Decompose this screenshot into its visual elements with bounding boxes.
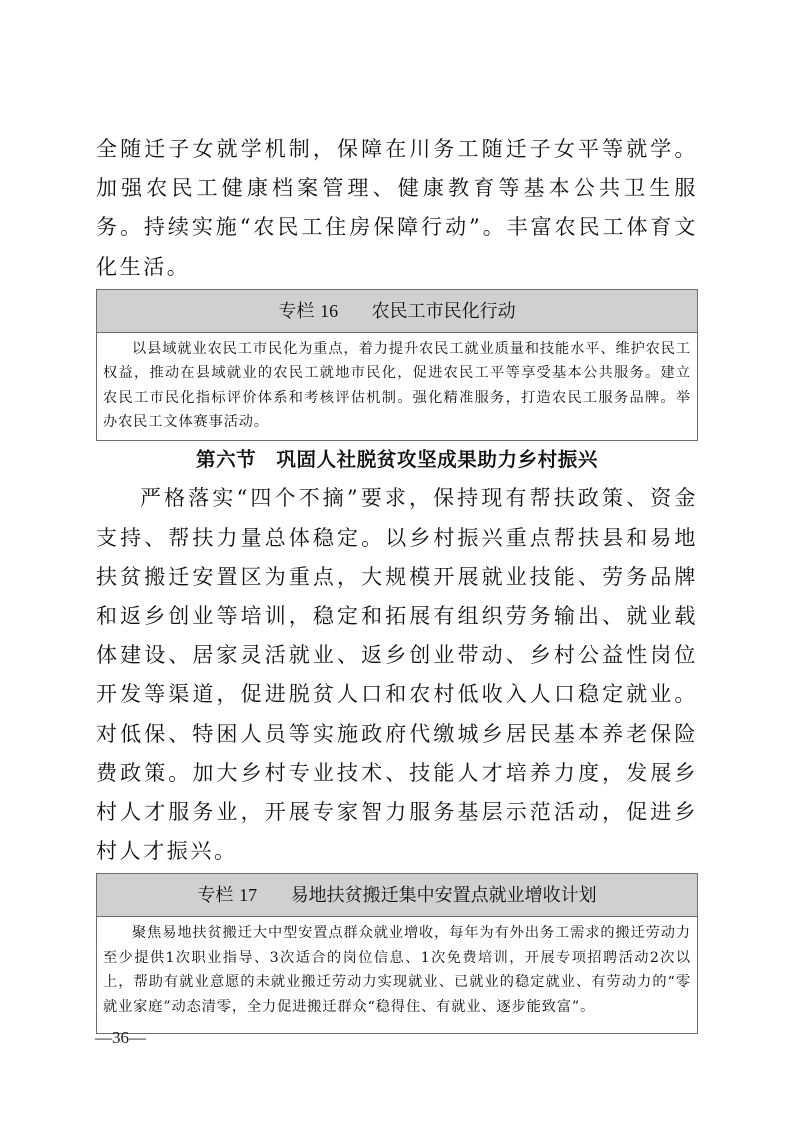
section-title: 第六节 巩固人社脱贫攻坚成果助力乡村振兴	[96, 441, 698, 479]
page-number: —36—	[95, 1028, 146, 1048]
column-number: 16	[320, 301, 338, 321]
body-paragraph-continued: 全随迁子女就学机制，保障在川务工随迁子女平等就学。加强农民工健康档案管理、健康教…	[96, 130, 698, 287]
column-box-16-header: 专栏 16 农民工市民化行动	[97, 290, 697, 333]
column-number: 17	[239, 885, 257, 905]
column-box-16-body: 以县域就业农民工市民化为重点，着力提升农民工就业质量和技能水平、维护农民工权益，…	[97, 333, 697, 441]
column-title: 农民工市民化行动	[372, 301, 516, 322]
column-label: 专栏	[197, 885, 233, 906]
column-label: 专栏	[278, 301, 314, 322]
column-title: 易地扶贫搬迁集中安置点就业增收计划	[291, 885, 597, 906]
column-box-17: 专栏 17 易地扶贫搬迁集中安置点就业增收计划 聚焦易地扶贫搬迁大中型安置点群众…	[96, 873, 698, 1034]
column-box-16: 专栏 16 农民工市民化行动 以县域就业农民工市民化为重点，着力提升农民工就业质…	[96, 289, 698, 442]
column-box-17-body: 聚焦易地扶贫搬迁大中型安置点群众就业增收，每年为有外出务工需求的搬迁劳动力至少提…	[97, 917, 697, 1033]
body-paragraph: 严格落实“四个不摘”要求，保持现有帮扶政策、资金支持、帮扶力量总体稳定。以乡村振…	[96, 479, 698, 871]
column-box-17-header: 专栏 17 易地扶贫搬迁集中安置点就业增收计划	[97, 874, 697, 917]
document-page: 全随迁子女就学机制，保障在川务工随迁子女平等就学。加强农民工健康档案管理、健康教…	[96, 130, 698, 1034]
